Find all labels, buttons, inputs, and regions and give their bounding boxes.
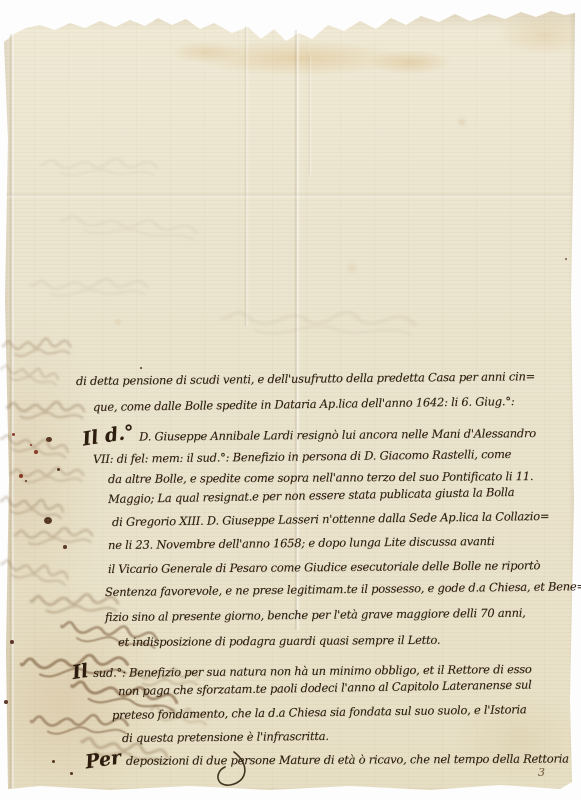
flourished-initial: Per [84, 746, 123, 773]
manuscript-line: da altre Bolle, e spedite come sopra nel… [108, 469, 533, 486]
manuscript-line: Perdeposizioni di due persone Mature di … [85, 745, 569, 770]
page-number: 3 [538, 766, 545, 779]
line-text: D. Giuseppe Annibale Lardi resignò lui a… [139, 426, 536, 443]
scanned-manuscript-page: di detta pensione di scudi venti, e dell… [0, 0, 581, 800]
line-text: deposizioni di due persone Mature di età… [126, 751, 569, 767]
manuscript-line: di questa pretensione è l'infrascritta. [122, 729, 329, 745]
flourished-initial: Il [71, 660, 90, 684]
line-text: sud.°: Benefizio per sua natura non hà u… [93, 662, 532, 680]
manuscript-line: et indisposizione di podagra guardi quas… [118, 633, 440, 649]
manuscript-line: Il d.°D. Giuseppe Annibale Lardi resignò… [82, 420, 536, 446]
